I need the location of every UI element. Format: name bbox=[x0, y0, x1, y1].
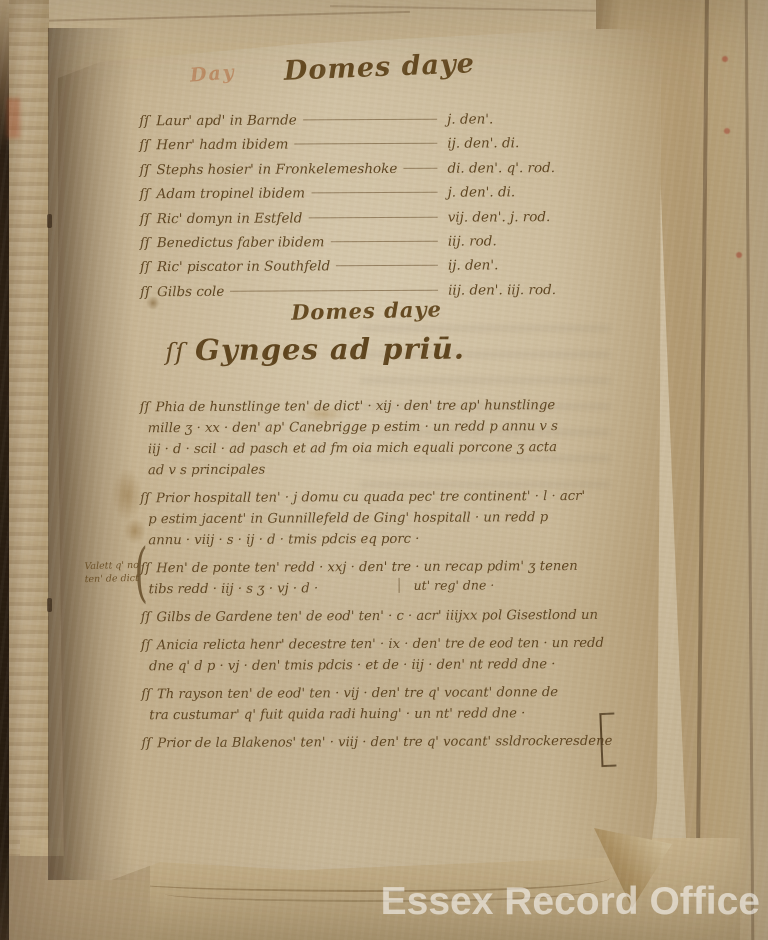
rent-value: di. den'. q'. rod. bbox=[437, 160, 563, 177]
paragraph-mark-icon: ſſ bbox=[140, 284, 157, 300]
paragraph-mark-icon: ſſ bbox=[141, 687, 151, 702]
tenant-name: Adam tropinel ibidem bbox=[157, 186, 312, 203]
text: Prior de la Blakenos' ten' · viij · den'… bbox=[157, 734, 612, 751]
paragraph-mark-icon: ſſ bbox=[140, 211, 157, 227]
ruled-dash-line bbox=[311, 192, 438, 194]
section-heading: Domes daye bbox=[291, 296, 442, 324]
tenant-name: Stephs hosier' in Fronkelemeshoke bbox=[156, 161, 403, 178]
text: Th rayson ten' de eod' ten · vij · den' … bbox=[157, 685, 558, 702]
paragraph: ſſGilbs de Gardene ten' de eod' ten' · c… bbox=[141, 605, 581, 628]
ruled-dash-line bbox=[303, 119, 437, 121]
ink-bracket-mark bbox=[599, 713, 616, 768]
rent-value: iij. den'. iij. rod. bbox=[438, 282, 564, 299]
list-item: ſſ Stephs hosier' in Fronkelemeshoke di.… bbox=[139, 160, 563, 187]
paragraph-mark-icon: ſſ bbox=[141, 736, 151, 751]
manuscript-text-layer: Day Domes daye ſſ Laur' apd' in Barnde j… bbox=[0, 0, 768, 940]
text-line: ſſTh rayson ten' de eod' ten · vij · den… bbox=[141, 682, 581, 705]
rent-value: j. den'. di. bbox=[438, 184, 564, 201]
paragraph-mark-icon: ſſ bbox=[139, 138, 156, 154]
paragraph: ſſAnicia relicta henr' decestre ten' · i… bbox=[141, 633, 581, 677]
ruled-dash-line bbox=[330, 241, 437, 243]
margin-brace-icon: ( bbox=[134, 535, 148, 611]
page-heading: Domes daye bbox=[283, 48, 475, 87]
paragraph-mark-icon: ſſ bbox=[141, 610, 151, 625]
paragraph-mark-icon: ſſ bbox=[140, 186, 157, 202]
rent-value: iij. rod. bbox=[438, 233, 564, 250]
tenant-name: Benedictus faber ibidem bbox=[157, 234, 331, 251]
paragraph: ſſPrior de la Blakenos' ten' · viij · de… bbox=[141, 731, 581, 754]
list-item: ſſ Ric' piscator in Southfeld ij. den'. bbox=[140, 257, 564, 284]
section-subheading: ſſGynges ad priū. bbox=[165, 332, 465, 368]
text: Phia de hunstlinge ten' de dict' · xij ·… bbox=[155, 398, 555, 415]
paragraph-block: ſſPhia de hunstlinge ten' de dict' · xij… bbox=[140, 395, 582, 761]
ruled-dash-line bbox=[294, 143, 437, 145]
text-line: tibs redd · iij · s ʒ · vj · d · bbox=[141, 577, 581, 600]
manuscript-photo: Day Domes daye ſſ Laur' apd' in Barnde j… bbox=[0, 0, 768, 940]
rent-value: ij. den'. di. bbox=[437, 135, 563, 152]
section-subheading-text: Gynges ad priū. bbox=[195, 332, 465, 367]
text-line: dne q' d p · vj · den' tmis pdcis · et d… bbox=[141, 654, 581, 677]
tenant-name: Ric' piscator in Southfeld bbox=[157, 259, 336, 276]
tenant-name: Laur' apd' in Barnde bbox=[156, 112, 303, 129]
marginal-note-right: ut' reg' dne · bbox=[399, 577, 495, 593]
text: Prior hospitall ten' · j domu cu quada p… bbox=[156, 489, 585, 506]
tenant-name: Henr' hadm ibidem bbox=[156, 137, 294, 154]
text: Hen' de ponte ten' redd · xxj · den' tre… bbox=[156, 559, 577, 576]
text-line: ad v s principales bbox=[140, 458, 580, 481]
text-line: mille ʒ · xx · den' ap' Canebrigge p est… bbox=[140, 416, 580, 439]
text-line: annu · viij · s · ij · d · tmis pdcis eq… bbox=[140, 528, 580, 551]
rent-value: ij. den'. bbox=[438, 257, 564, 274]
text: Anicia relicta henr' decestre ten' · ix … bbox=[157, 636, 604, 653]
text-line: p estim jacent' in Gunnillefeld de Ging'… bbox=[140, 507, 580, 530]
text-line: ſſPhia de hunstlinge ten' de dict' · xij… bbox=[140, 395, 580, 418]
paragraph-mark-icon: ſſ bbox=[165, 338, 185, 366]
text-line: ſſHen' de ponte ten' redd · xxj · den' t… bbox=[140, 556, 580, 579]
paragraph: ſſHen' de ponte ten' redd · xxj · den' t… bbox=[140, 556, 580, 600]
paragraph-mark-icon: ſſ bbox=[140, 235, 157, 251]
paragraph: ſſTh rayson ten' de eod' ten · vij · den… bbox=[141, 682, 581, 726]
paragraph-mark-icon: ſſ bbox=[140, 260, 157, 276]
list-item: ſſ Adam tropinel ibidem j. den'. di. bbox=[140, 184, 564, 211]
paragraph: ſſPhia de hunstlinge ten' de dict' · xij… bbox=[140, 395, 580, 481]
text-line: tra custumar' q' fuit quida radi huing' … bbox=[141, 703, 581, 726]
paragraph: ſſPrior hospitall ten' · j domu cu quada… bbox=[140, 486, 580, 551]
paragraph-mark-icon: ſſ bbox=[141, 638, 151, 653]
ruled-dash-line bbox=[403, 167, 437, 168]
paragraph-mark-icon: ſſ bbox=[140, 400, 150, 415]
list-item: ſſ Ric' domyn in Estfeld vij. den'. j. r… bbox=[140, 209, 564, 236]
paragraph-mark-icon: ſſ bbox=[140, 491, 150, 506]
text: Gilbs de Gardene ten' de eod' ten' · c ·… bbox=[156, 608, 598, 625]
text-line: ſſAnicia relicta henr' decestre ten' · i… bbox=[141, 633, 581, 656]
text-line: ſſPrior de la Blakenos' ten' · viij · de… bbox=[141, 731, 581, 754]
rent-value: j. den'. bbox=[437, 111, 563, 128]
text-line: ſſGilbs de Gardene ten' de eod' ten' · c… bbox=[141, 605, 581, 628]
rental-list: ſſ Laur' apd' in Barnde j. den'. ſſ Henr… bbox=[139, 111, 564, 309]
text-line: iij · d · scil · ad pasch et ad fm oia m… bbox=[140, 437, 580, 460]
paragraph-mark-icon: ſſ bbox=[139, 162, 156, 178]
list-item: ſſ Benedictus faber ibidem iij. rod. bbox=[140, 233, 564, 260]
list-item: ſſ Henr' hadm ibidem ij. den'. di. bbox=[139, 135, 563, 162]
tenant-name: Gilbs cole bbox=[157, 284, 230, 300]
ruled-dash-line bbox=[308, 216, 437, 218]
text-line: ſſPrior hospitall ten' · j domu cu quada… bbox=[140, 486, 580, 509]
tenant-name: Ric' domyn in Estfeld bbox=[157, 210, 309, 227]
ruled-dash-line bbox=[336, 265, 438, 267]
paragraph-mark-icon: ſſ bbox=[139, 113, 156, 129]
ruled-dash-line bbox=[230, 289, 438, 291]
list-item: ſſ Laur' apd' in Barnde j. den'. bbox=[139, 111, 563, 138]
faded-red-annotation: Day bbox=[189, 61, 236, 86]
rent-value: vij. den'. j. rod. bbox=[438, 209, 564, 226]
